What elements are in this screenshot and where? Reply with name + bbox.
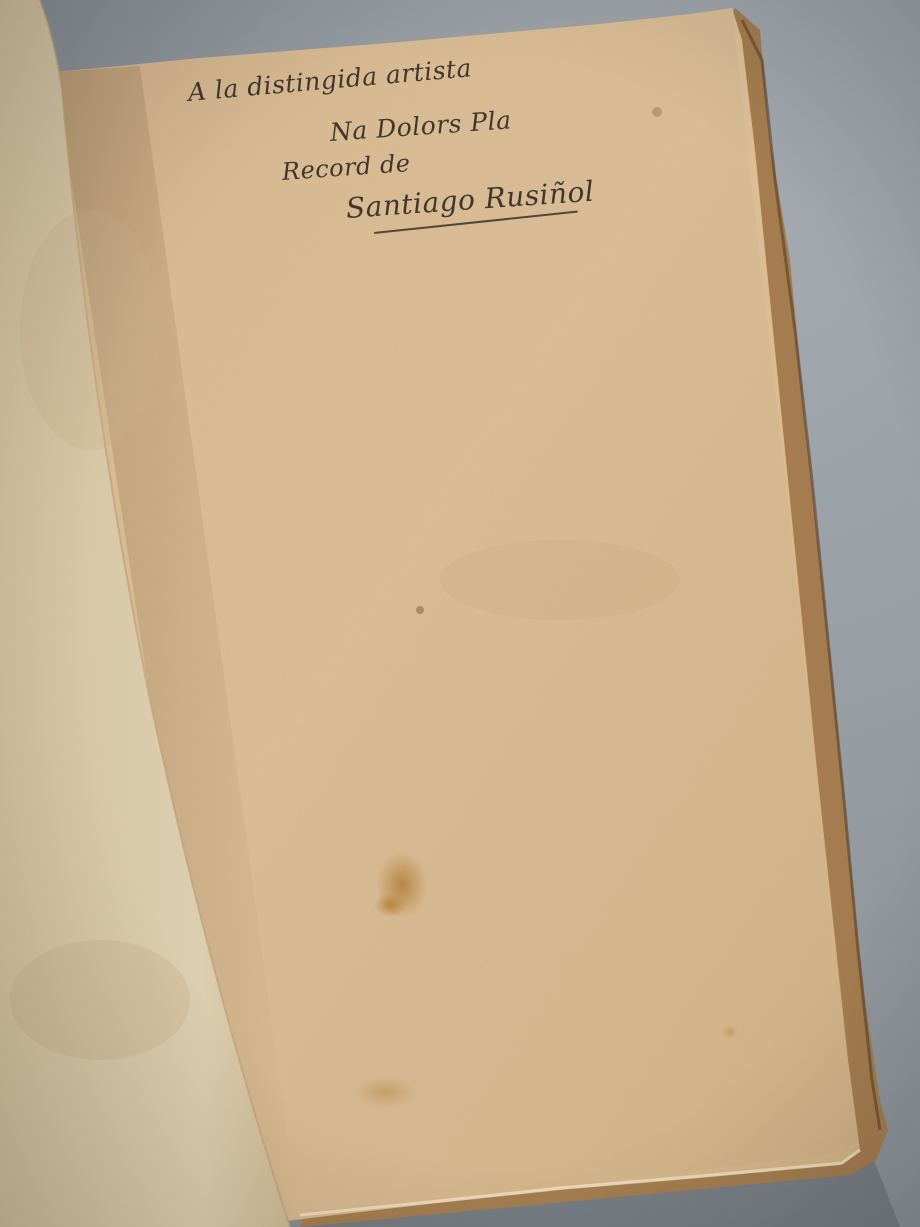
book-illustration xyxy=(0,0,920,1227)
photo-scene: A la distingida artista Na Dolors Pla Re… xyxy=(0,0,920,1227)
